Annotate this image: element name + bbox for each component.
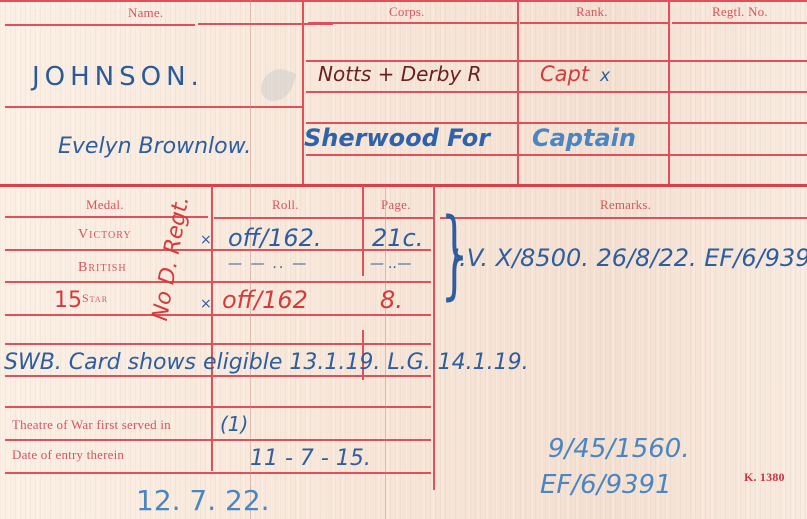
rank-entry-2: Captain (532, 124, 636, 152)
victory-mark: × (200, 232, 212, 248)
header-remarks: Remarks. (600, 197, 651, 213)
corps-entry-2: Sherwood For (304, 124, 490, 152)
footer-date: 12. 7. 22. (136, 484, 270, 517)
medal-prefix-15: 15 (54, 288, 82, 313)
page-victory: 21c. (372, 224, 423, 252)
entry-date-value: 11 - 7 - 15. (250, 446, 371, 471)
medal-name-british: British (78, 260, 127, 276)
surname: JOHNSON. (32, 62, 204, 92)
side-note: No D. Regt. (148, 194, 195, 323)
roll-victory: off/162. (228, 224, 322, 252)
medal-row-rule-3 (5, 314, 431, 316)
col-divider-roll-page (362, 186, 364, 276)
swb-note: SWB. Card shows eligible 13.1.19. L.G. 1… (4, 350, 529, 375)
medal-name-star: Star (82, 291, 108, 306)
form-number: K. 1380 (744, 470, 785, 485)
medal-index-card: Name. Corps. Rank. Regtl. No. JOHNSON. E… (0, 0, 807, 519)
watermark-leaf (257, 64, 297, 106)
header-regtl-no: Regtl. No. (712, 4, 768, 20)
col-divider-page-remarks (433, 186, 435, 490)
page-british: — ..— (370, 256, 411, 272)
theatre-top-rule (5, 406, 431, 408)
entry-date-label: Date of entry therein (12, 447, 124, 463)
theatre-label: Theatre of War first served in (12, 417, 171, 433)
col-divider-name-corps (302, 0, 304, 185)
row-rule-4 (306, 154, 807, 156)
remarks-header-rule (440, 217, 807, 219)
reference-1: 9/45/1560. (548, 434, 690, 464)
section-divider (0, 184, 807, 187)
top-border (0, 0, 807, 2)
note-row-rule-1 (5, 343, 431, 345)
forenames: Evelyn Brownlow. (58, 134, 251, 159)
header-rank: Rank. (576, 4, 608, 20)
remarks-text: I.V. X/8500. 26/8/22. EF/6/9391. (452, 244, 807, 272)
header-roll: Roll. (272, 197, 299, 213)
header-page: Page. (381, 197, 411, 213)
corps-header-rule (308, 22, 518, 24)
corps-entry-1: Notts + Derby R (318, 62, 482, 86)
reference-2: EF/6/9391 (540, 470, 672, 500)
medal-name-victory: Victory (78, 227, 132, 243)
entry-date-bottom-rule (5, 472, 431, 474)
theatre-value: (1) (220, 412, 248, 436)
col-divider-medal-roll (211, 186, 213, 471)
header-corps: Corps. (389, 4, 425, 20)
rank-entry-1-mark: x (600, 66, 610, 86)
note-row-rule-2 (5, 375, 431, 377)
regtl-header-rule (672, 22, 807, 24)
roll-star: off/162 (222, 286, 308, 314)
roll-header-rule (214, 217, 434, 219)
medal-row-rule-1 (5, 249, 431, 251)
header-name: Name. (128, 5, 163, 21)
col-divider-rank-regtl (668, 0, 670, 185)
rank-header-rule (520, 22, 668, 24)
page-star: 8. (380, 286, 403, 314)
theatre-bottom-rule (5, 439, 431, 441)
star-mark: × (200, 296, 212, 312)
roll-british: — — .. — (228, 256, 308, 272)
name-row-rule (5, 106, 303, 108)
row-rule-2 (306, 91, 807, 93)
header-medal: Medal. (86, 197, 124, 213)
col-divider-corps-rank (517, 0, 519, 185)
rank-entry-1: Capt (540, 62, 589, 86)
medal-row-rule-2 (5, 281, 431, 283)
name-header-rule (5, 24, 195, 26)
